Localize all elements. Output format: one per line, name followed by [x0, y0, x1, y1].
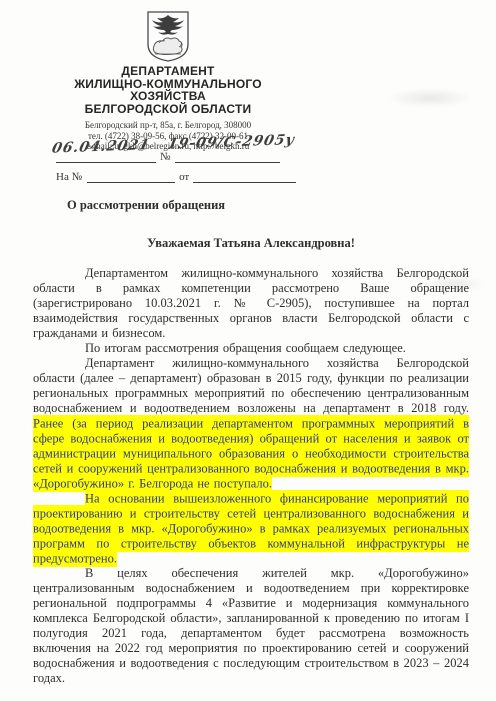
highlighted-passage-1: Ранее (за период реализации департаменто… — [33, 415, 469, 492]
subject-line: О рассмотрении обращения — [67, 198, 469, 213]
paragraph-1: Департаментом жилищно-коммунального хозя… — [33, 266, 469, 341]
paragraph-3: Департамент жилищно-коммунального хозяйс… — [33, 356, 469, 491]
letter-body: О рассмотрении обращения Уважаемая Татья… — [33, 198, 469, 686]
salutation: Уважаемая Татьяна Александровна! — [33, 236, 469, 251]
letterhead: ДЕПАРТАМЕНТ ЖИЛИЩНО-КОММУНАЛЬНОГО ХОЗЯЙС… — [2, 10, 334, 152]
from-label: от — [175, 171, 193, 183]
paragraph-5: В целях обеспечения жителей мкр. «Дорого… — [33, 566, 469, 686]
org-name-line: БЕЛГОРОДСКОЙ ОБЛАСТИ — [2, 103, 334, 116]
org-name-line: ХОЗЯЙСТВА — [2, 90, 334, 103]
highlighted-passage-2: На основании вышеизложенного финансирова… — [33, 490, 469, 567]
paragraph-4: На основании вышеизложенного финансирова… — [33, 491, 469, 566]
org-name-line: ДЕПАРТАМЕНТ — [2, 65, 334, 78]
incoming-date-underline — [193, 169, 296, 183]
scan-smudge — [388, 88, 472, 108]
coat-of-arms-icon — [145, 10, 191, 62]
scanned-letter-page: ДЕПАРТАМЕНТ ЖИЛИЩНО-КОММУНАЛЬНОГО ХОЗЯЙС… — [0, 0, 496, 701]
paragraph-3-normal: Департамент жилищно-коммунального хозяйс… — [33, 356, 469, 415]
incoming-number-underline — [87, 169, 175, 183]
outgoing-number-line: № 06.04.2021 19-09/С-2905у — [56, 146, 311, 163]
address-line: Белгородский пр-т, 85а, г. Белгород, 308… — [2, 120, 334, 131]
na-number-label: На № — [56, 171, 87, 183]
reference-block: № 06.04.2021 19-09/С-2905у На № от — [56, 146, 311, 183]
org-name: ДЕПАРТАМЕНТ ЖИЛИЩНО-КОММУНАЛЬНОГО ХОЗЯЙС… — [2, 65, 334, 115]
paragraph-2: По итогам рассмотрения обращения сообщае… — [33, 341, 469, 356]
incoming-number-line: На № от — [56, 166, 311, 183]
